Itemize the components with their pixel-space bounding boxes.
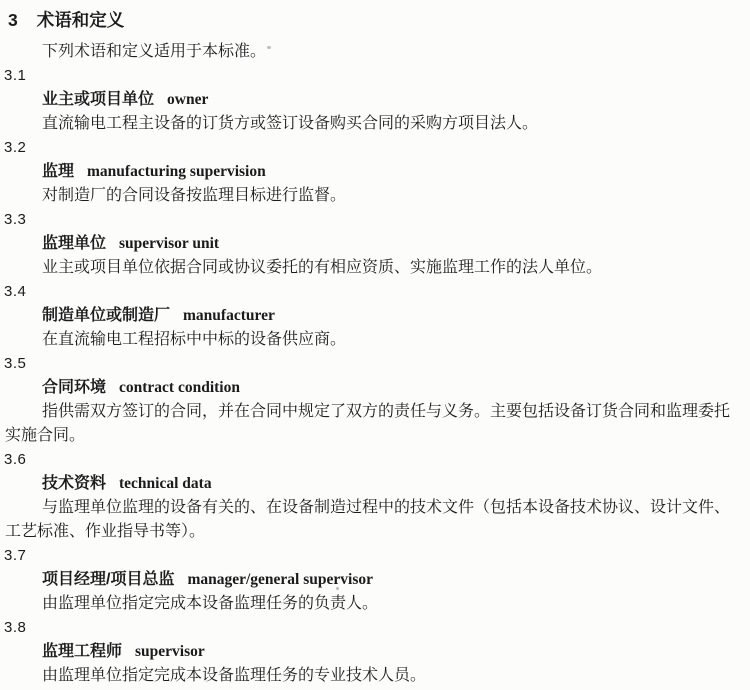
- term-entry: 3.1 业主或项目单位owner 直流输电工程主设备的订货方或签订设备购买合同的…: [4, 64, 750, 136]
- term-definition: 在直流输电工程招标中中标的设备供应商。: [4, 328, 750, 352]
- term-entry: 3.8 监理工程师supervisor 由监理单位指定完成本设备监理任务的专业技…: [4, 616, 750, 688]
- definition-line: 实施合同。: [4, 424, 750, 448]
- scan-artifact: [267, 46, 271, 49]
- term-definition: 由监理单位指定完成本设备监理任务的专业技术人员。: [4, 664, 750, 688]
- term-english: technical data: [119, 475, 212, 492]
- term-english: owner: [167, 91, 208, 108]
- term-definition: 直流输电工程主设备的订货方或签订设备购买合同的采购方项目法人。: [4, 112, 750, 136]
- section-heading-number: 3: [8, 10, 18, 30]
- term-entry: 3.7 项目经理/项目总监manager/general supervisor …: [4, 544, 750, 616]
- term-number: 3.1: [4, 64, 750, 88]
- term-number: 3.3: [4, 208, 750, 232]
- definition-line: 对制造厂的合同设备按监理目标进行监督。: [4, 184, 750, 208]
- term-english: supervisor: [135, 643, 205, 660]
- term-english: manufacturer: [183, 307, 275, 324]
- term-english: supervisor unit: [119, 235, 219, 252]
- term-definition: 业主或项目单位依据合同或协议委托的有相应资质、实施监理工作的法人单位。: [4, 256, 750, 280]
- term-chinese: 业主或项目单位: [42, 91, 154, 108]
- term-number: 3.2: [4, 136, 750, 160]
- definition-line: 工艺标准、作业指导书等）。: [4, 520, 750, 544]
- term-definition: 指供需双方签订的合同，并在合同中规定了双方的责任与义务。主要包括设备订货合同和监…: [4, 400, 750, 448]
- term-entry: 3.6 技术资料technical data 与监理单位监理的设备有关的、在设备…: [4, 448, 750, 544]
- definition-line: 与监理单位监理的设备有关的、在设备制造过程中的技术文件（包括本设备技术协议、设计…: [4, 496, 750, 520]
- definition-line: 由监理单位指定完成本设备监理任务的专业技术人员。: [4, 664, 750, 688]
- section-heading: 3术语和定义: [4, 8, 750, 32]
- term-title-line: 项目经理/项目总监manager/general supervisor: [4, 568, 750, 592]
- terms-list: 3.1 业主或项目单位owner 直流输电工程主设备的订货方或签订设备购买合同的…: [4, 64, 750, 688]
- term-definition: 由监理单位指定完成本设备监理任务的负责人。: [4, 592, 750, 616]
- term-number: 3.4: [4, 280, 750, 304]
- term-english: contract condition: [119, 379, 240, 396]
- term-title-line: 监理单位supervisor unit: [4, 232, 750, 256]
- term-chinese: 监理工程师: [42, 643, 122, 660]
- term-number: 3.8: [4, 616, 750, 640]
- term-entry: 3.2 监理manufacturing supervision 对制造厂的合同设…: [4, 136, 750, 208]
- term-title-line: 技术资料technical data: [4, 472, 750, 496]
- term-definition: 对制造厂的合同设备按监理目标进行监督。: [4, 184, 750, 208]
- term-definition: 与监理单位监理的设备有关的、在设备制造过程中的技术文件（包括本设备技术协议、设计…: [4, 496, 750, 544]
- scan-artifact: [336, 587, 339, 590]
- term-chinese: 技术资料: [42, 475, 106, 492]
- term-title-line: 监理工程师supervisor: [4, 640, 750, 664]
- term-entry: 3.3 监理单位supervisor unit 业主或项目单位依据合同或协议委托…: [4, 208, 750, 280]
- definition-line: 由监理单位指定完成本设备监理任务的负责人。: [4, 592, 750, 616]
- term-english: manager/general supervisor: [187, 571, 373, 588]
- term-chinese: 制造单位或制造厂: [42, 307, 170, 324]
- definition-line: 业主或项目单位依据合同或协议委托的有相应资质、实施监理工作的法人单位。: [4, 256, 750, 280]
- term-title-line: 业主或项目单位owner: [4, 88, 750, 112]
- term-entry: 3.4 制造单位或制造厂manufacturer 在直流输电工程招标中中标的设备…: [4, 280, 750, 352]
- intro-paragraph: 下列术语和定义适用于本标准。: [4, 40, 750, 64]
- term-chinese: 监理: [42, 163, 74, 180]
- document-page: 3术语和定义 下列术语和定义适用于本标准。 3.1 业主或项目单位owner 直…: [0, 0, 750, 690]
- term-title-line: 监理manufacturing supervision: [4, 160, 750, 184]
- term-number: 3.5: [4, 352, 750, 376]
- term-number: 3.6: [4, 448, 750, 472]
- definition-line: 直流输电工程主设备的订货方或签订设备购买合同的采购方项目法人。: [4, 112, 750, 136]
- section-heading-title: 术语和定义: [37, 10, 125, 30]
- term-entry: 3.5 合同环境contract condition 指供需双方签订的合同，并在…: [4, 352, 750, 448]
- term-title-line: 合同环境contract condition: [4, 376, 750, 400]
- term-number: 3.7: [4, 544, 750, 568]
- term-english: manufacturing supervision: [87, 163, 266, 180]
- term-chinese: 监理单位: [42, 235, 106, 252]
- term-title-line: 制造单位或制造厂manufacturer: [4, 304, 750, 328]
- definition-line: 指供需双方签订的合同，并在合同中规定了双方的责任与义务。主要包括设备订货合同和监…: [4, 400, 750, 424]
- term-chinese: 项目经理/项目总监: [42, 571, 174, 588]
- term-chinese: 合同环境: [42, 379, 106, 396]
- definition-line: 在直流输电工程招标中中标的设备供应商。: [4, 328, 750, 352]
